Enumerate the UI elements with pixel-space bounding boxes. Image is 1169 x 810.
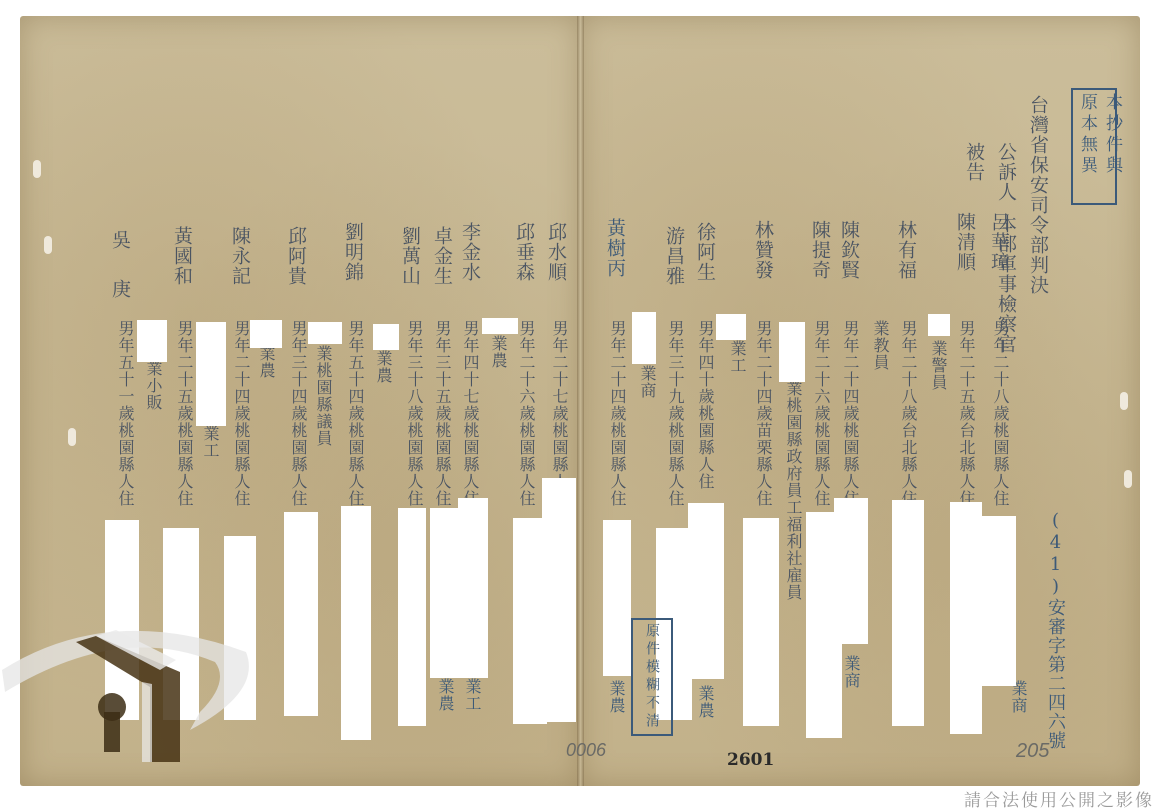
page-fold [577,16,584,786]
defendant-detail: 男年二十四歲桃園縣人住 [233,320,249,507]
redaction-box [806,512,842,738]
defendant-name: 黃國和 [172,226,191,286]
defendant-name: 邱垂森 [514,222,533,282]
defendant-detail: 男年二十五歲桃園縣人住 [176,320,192,507]
redaction-box [196,322,226,426]
defendant-name: 林贊發 [753,220,772,280]
defendant-occupation: 業農 [490,335,506,369]
redaction-box [982,516,1016,686]
prosecutor-label: 公訴人 [996,142,1015,202]
redaction-box [224,536,256,720]
redaction-box [430,508,458,678]
defendant-occupation: 業商 [639,365,655,399]
defendant-name: 陳欽賢 [839,220,858,280]
redaction-box [632,312,656,364]
redaction-box [458,498,488,678]
defendant-occupation: 業小販 [145,360,161,411]
defendant-detail: 男年二十四歲桃園縣人住 [842,320,858,507]
usage-watermark: 請合法使用公開之影像 [964,786,1154,810]
defendant-occupation: 業工 [729,340,745,374]
page-number: 2601 [727,750,774,770]
redaction-box [542,478,576,722]
defendant-detail: 男年二十四歲桃園縣人住 [609,320,625,507]
defendant-occupation: 業農 [375,350,391,384]
defendant-name: 黃樹丙 [605,218,624,278]
illegible-original-stamp: 原件模糊不清 [631,618,673,736]
document-title: 台灣省保安司令部判決 [1028,95,1047,295]
defendant-occupation: 業農 [608,680,624,714]
defendant-detail: 男年四十七歲桃園縣人住 [462,320,478,507]
defendant-detail: 男年三十四歲桃園縣人住 [290,320,306,507]
defendant-name: 劉明錦 [343,222,362,282]
redaction-box [892,500,924,726]
defendant-detail: 男年二十四歲苗栗縣人住 [755,320,771,507]
stamp-line-1: 本抄件與 [1100,93,1125,200]
redaction-box [137,320,167,362]
defendant-detail: 男年二十六歲桃園縣人住 [813,320,829,507]
defendant-name: 陳提奇 [810,220,829,280]
defendant-detail: 男年三十八歲桃園縣人住 [406,320,422,507]
defendant-label: 被告 [964,142,983,182]
defendant-detail: 男年五十一歲桃園縣人住 [117,320,133,507]
redaction-box [688,503,724,679]
binding-hole [33,160,41,178]
defendant-occupation: 業農 [437,678,453,712]
stamp-text: 原件模糊不清 [642,623,662,731]
defendant-name: 游昌雅 [664,226,683,286]
redaction-box [398,508,426,726]
pencil-annotation-left: 0006 [566,740,606,761]
defendant-detail: 男年三十五歲桃園縣人住 [434,320,450,507]
defendant-name: 林有福 [896,220,915,280]
binding-hole [68,428,76,446]
defendant-name: 吳庚 [110,230,129,328]
defendant-detail: 男年二十八歲桃園縣人住 [992,320,1008,507]
redaction-box [105,520,139,720]
defendant-name: 劉萬山 [400,226,419,286]
redaction-box [308,322,342,344]
defendant-occupation: 業農 [258,345,274,379]
defendant-detail: 男年二十五歲台北縣人住 [958,320,974,507]
redaction-box [779,322,805,382]
defendant-occupation: 業商 [843,655,859,689]
defendant-detail: 男年二十八歲台北縣人住 [900,320,916,507]
defendant-name: 卓金生 [432,226,451,286]
redaction-box [950,502,982,734]
defendant-occupation: 業教員 [872,320,888,371]
case-number: (41)安審字第二四六號 [1046,510,1064,750]
defendant-name: 徐阿生 [695,222,714,282]
defendant-detail: 男年三十九歲桃園縣人住 [667,320,683,507]
redaction-box [250,320,282,348]
defendant-name: 邱水順 [546,222,565,282]
defendant-detail: 男年四十歲桃園縣人住 [697,320,713,490]
redaction-box [716,314,746,340]
redaction-box [603,520,631,676]
defendant-occupation: 業工 [202,425,218,459]
stamp-line-2: 原本無異 [1075,93,1100,200]
defendant-occupation: 業警員 [930,340,946,391]
redaction-box [928,314,950,336]
binding-hole [1124,470,1132,488]
defendant-name: 邱阿貴 [286,226,305,286]
defendant-name: 李金水 [460,222,479,282]
redaction-box [482,318,518,334]
binding-hole [44,236,52,254]
redaction-box [284,512,318,716]
redaction-box [163,528,199,720]
redaction-box [513,518,547,724]
defendant-occupation: 業桃園縣議員 [315,345,331,447]
defendant-name: 陳清順 [955,212,974,272]
redaction-box [373,324,399,350]
redaction-box [743,518,779,726]
defendant-name: 呂華璋 [989,212,1008,272]
redaction-box [341,506,371,740]
pencil-annotation-right: 205 [1016,740,1049,763]
defendant-name: 陳永記 [230,226,249,286]
defendant-occupation: 業桃園縣政府員工福利社雇員 [785,380,801,601]
binding-hole [1120,392,1128,410]
defendant-detail: 男年五十四歲桃園縣人住 [347,320,363,507]
defendant-occupation: 業農 [697,685,713,719]
defendant-detail: 男年二十六歲桃園縣人住 [518,320,534,507]
certified-copy-stamp: 本抄件與 原本無異 [1071,88,1117,205]
defendant-occupation: 業工 [464,678,480,712]
